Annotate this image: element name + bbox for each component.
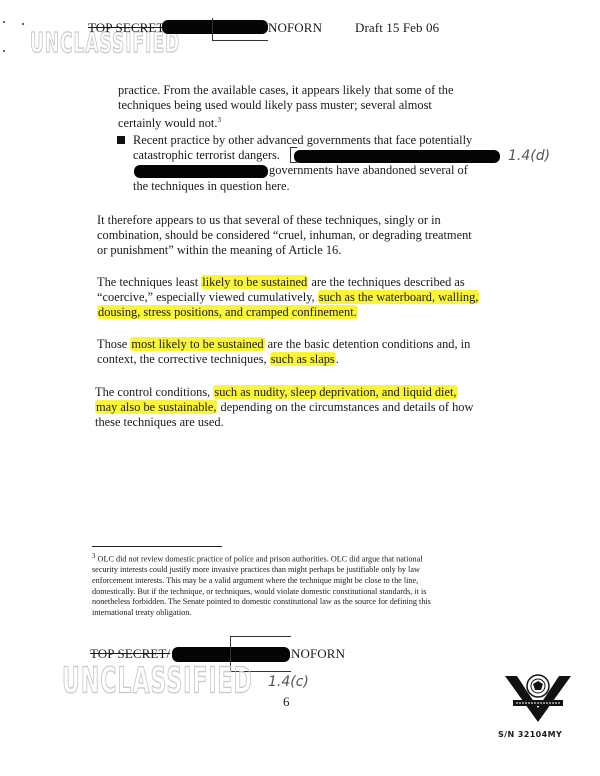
text-line: certainly would not. [118, 117, 217, 131]
text-line: Recent practice by other advanced govern… [133, 133, 472, 148]
text-run: depending on the circumstances and detai… [217, 400, 473, 414]
bullet-square-icon [117, 136, 125, 144]
highlighted-text: dousing, stress positions, and cramped c… [97, 305, 358, 319]
government-seal [503, 672, 573, 724]
text-run: are the techniques described as [308, 275, 465, 289]
continued-paragraph: practice. From the available cases, it a… [118, 83, 453, 132]
highlighted-text: likely to be sustained [201, 275, 308, 289]
redaction-block [294, 150, 500, 163]
text-line: combination, should be considered “cruel… [97, 228, 472, 243]
classification-prefix: TOP SECRET/ [88, 20, 168, 36]
text-run: “coercive,” especially viewed cumulative… [97, 290, 318, 304]
highlighted-text: such as the waterboard, walling, [318, 290, 480, 304]
margin-dot [22, 23, 24, 25]
text-run: Those [97, 337, 130, 351]
footnote-separator [92, 546, 222, 547]
text-line: nonetheless forbidden. The Senate pointe… [92, 597, 431, 608]
text-line: OLC did not review domestic practice of … [96, 555, 423, 564]
paragraph-most-likely: Those most likely to be sustained are th… [97, 337, 470, 367]
bullet-paragraph: Recent practice by other advanced govern… [133, 133, 472, 194]
text-run: . [336, 352, 339, 366]
paragraph-control-conditions: The control conditions, such as nudity, … [95, 385, 473, 431]
highlighted-text: may also be sustainable, [95, 400, 217, 414]
highlighted-text: such as slaps [270, 352, 336, 366]
highlighted-text: most likely to be sustained [130, 337, 264, 351]
text-line: these techniques are used. [95, 415, 473, 430]
text-line: the techniques in question here. [133, 179, 472, 194]
redaction-bracket [212, 18, 268, 41]
unclassified-stamp: UNCLASSIFIED [62, 662, 253, 702]
text-run: context, the corrective techniques, [97, 352, 270, 366]
text-run: The control conditions, [95, 385, 213, 399]
margin-dot [3, 50, 5, 52]
classification-suffix: NOFORN [291, 646, 345, 662]
text-line: security interests could justify more in… [92, 565, 431, 576]
handwritten-margin-note: 1.4(d) [508, 148, 550, 164]
text-line: international treaty obligation. [92, 608, 431, 619]
draft-date: Draft 15 Feb 06 [355, 20, 439, 36]
handwritten-margin-note: 1.4(c) [268, 674, 309, 690]
text-run: The techniques least [97, 275, 201, 289]
text-line: It therefore appears to us that several … [97, 213, 472, 228]
margin-dot [3, 21, 5, 23]
text-run: are the basic detention conditions and, … [265, 337, 471, 351]
footnote-ref: 3 [217, 116, 221, 124]
paragraph-article-16: It therefore appears to us that several … [97, 213, 472, 259]
redaction-bracket [290, 147, 297, 163]
text-line: practice. From the available cases, it a… [118, 83, 453, 98]
classification-prefix: TOP SECRET/ [90, 646, 170, 662]
text-line: or punishment” within the meaning of Art… [97, 243, 472, 258]
seal-emblem-icon [503, 672, 573, 724]
footnote: 3 OLC did not review domestic practice o… [92, 551, 431, 618]
text-line: catastrophic terrorist dangers. [133, 148, 280, 162]
text-line: domestically. But if the technique, or t… [92, 587, 431, 598]
redaction-block [134, 165, 268, 178]
classification-suffix: NOFORN [268, 20, 322, 36]
text-line: techniques being used would likely pass … [118, 98, 453, 113]
highlighted-text: such as nudity, sleep deprivation, and l… [213, 385, 457, 399]
text-line: enforcement interests. This may be a val… [92, 576, 431, 587]
serial-number: S/N 32104MY [498, 730, 562, 739]
paragraph-least-likely: The techniques least likely to be sustai… [97, 275, 479, 321]
page-number: 6 [283, 694, 290, 710]
